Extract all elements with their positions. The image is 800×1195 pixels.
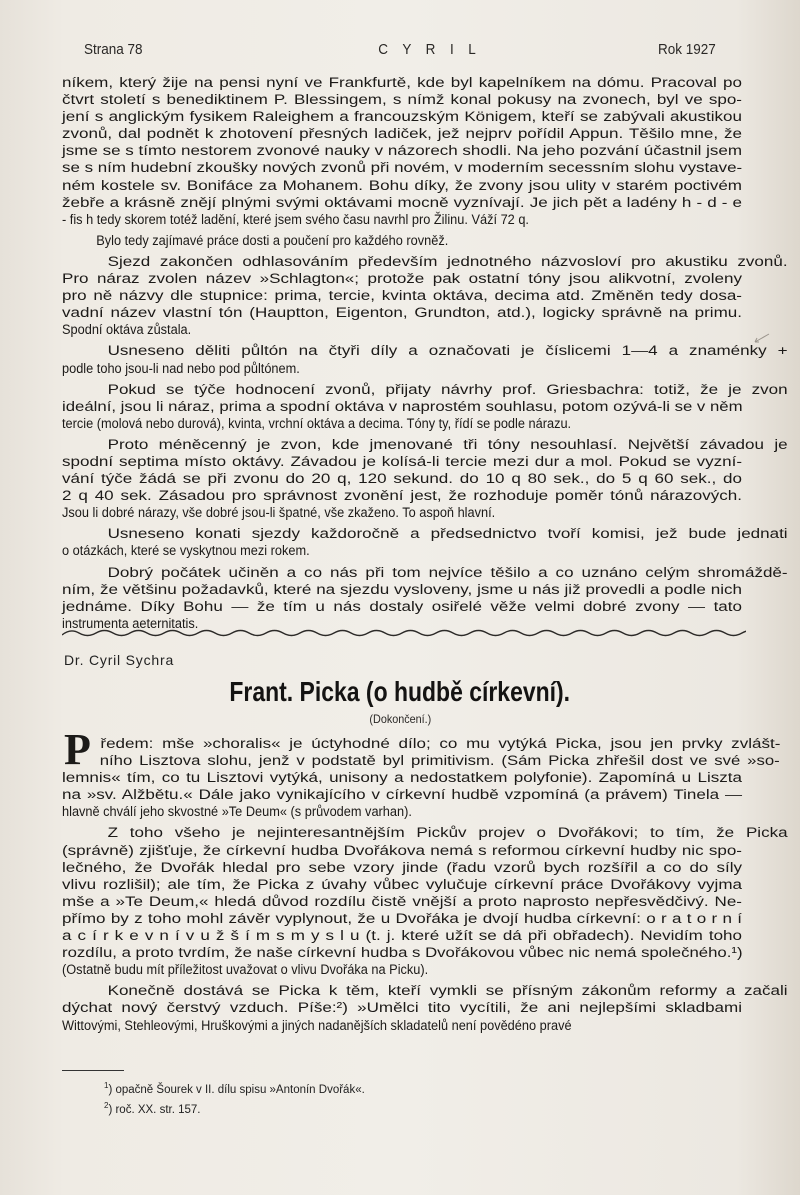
text-line: Proto méněcenný je zvon, kde jmenované t… xyxy=(62,437,788,454)
text-line: Usneseno konati sjezdy každoročně a před… xyxy=(62,526,788,543)
text-line: vlivu rozlišil); ale tím, že Picka z úva… xyxy=(62,877,742,894)
paragraph: Proto méněcenný je zvon, kde jmenované t… xyxy=(62,437,742,522)
text-line: níkem, který žije na pensi nyní ve Frank… xyxy=(62,75,742,92)
text-line: tercie (molová nebo durová), kvinta, vrc… xyxy=(62,416,742,433)
text-line: rozdílu, a proto tvrdím, že naše církevn… xyxy=(62,945,742,962)
text-line: (správně) zjišťuje, že církevní hudba Dv… xyxy=(62,843,742,860)
text-line: Pro náraz zvolen název »Schlagton«; prot… xyxy=(62,271,742,288)
text-line: lemnis« tím, co tu Lisztovi vytýká, unis… xyxy=(62,770,742,787)
text-line: Spodní oktáva zůstala. xyxy=(62,322,742,339)
paragraph: Sjezd zakončen odhlasováním především je… xyxy=(62,254,742,339)
article-body: ředem: mše »choralis« je úctyhodné dílo;… xyxy=(62,736,742,1035)
text-line: čtvrt století s benediktinem P. Blessing… xyxy=(62,92,742,109)
text-line: lečného, že Dvořák hledal pro sebe vzory… xyxy=(62,860,742,877)
paragraph: Bylo tedy zajímavé práce dosti a poučení… xyxy=(62,233,742,250)
text-line: žebře a krásně znějí plnými svými oktáva… xyxy=(62,195,742,212)
text-line: - fis h tedy skorem totéž ladění, které … xyxy=(62,212,742,229)
text-line: vání týče žádá se při zvonu do 20 q, 120… xyxy=(62,471,742,488)
text-line: mše a »Te Deum,« hledá důvod rozdílu čis… xyxy=(62,894,742,911)
text-line: Bylo tedy zajímavé práce dosti a poučení… xyxy=(62,233,776,250)
text-line: podle toho jsou-li nad nebo pod půltónem… xyxy=(62,361,742,378)
footnote-rule xyxy=(62,1070,124,1071)
page: Strana 78 C Y R I L Rok 1927 níkem, kter… xyxy=(0,0,800,1195)
text-line: Pokud se týče hodnocení zvonů, přijaty n… xyxy=(62,382,788,399)
text-line: ředem: mše »choralis« je úctyhodné dílo;… xyxy=(62,736,780,753)
paragraph: níkem, který žije na pensi nyní ve Frank… xyxy=(62,75,742,229)
text-line: Konečně dostává se Picka k těm, kteří vy… xyxy=(62,983,788,1000)
text-line: ném kostele sv. Bonifáce za Mohanem. Boh… xyxy=(62,178,742,195)
text-line: Wittovými, Stehleovými, Hruškovými a jin… xyxy=(62,1018,742,1035)
journal-title: C Y R I L xyxy=(378,41,481,58)
text-line: 2 q 40 sek. Zásadou pro správnost zvoněn… xyxy=(62,488,742,505)
running-header: Strana 78 C Y R I L Rok 1927 xyxy=(84,41,662,61)
footnote: 1) opačně Šourek v II. dílu spisu »Anton… xyxy=(104,1078,365,1098)
text-line: na »sv. Alžbětu.« Dále jako vynikajícího… xyxy=(62,787,742,804)
article-continuation: níkem, který žije na pensi nyní ve Frank… xyxy=(62,75,742,633)
paragraph: Pokud se týče hodnocení zvonů, přijaty n… xyxy=(62,382,742,433)
year-label: Rok 1927 xyxy=(658,41,716,58)
text-line: ním, že většinu požadavků, které na sjez… xyxy=(62,582,742,599)
paragraph: ředem: mše »choralis« je úctyhodné dílo;… xyxy=(62,736,742,821)
paragraph: Konečně dostává se Picka k těm, kteří vy… xyxy=(62,983,742,1034)
text-line: jení s anglickým fysikem Raleighem a fra… xyxy=(62,109,742,126)
footnotes: 1) opačně Šourek v II. dílu spisu »Anton… xyxy=(104,1078,365,1118)
pencil-arrow-icon xyxy=(752,333,770,345)
text-line: se s ním hudební zkoušky nových zvonů př… xyxy=(62,160,742,177)
text-line: (Ostatně budu mít příležitost uvažovat o… xyxy=(62,962,742,979)
footnote: 2) roč. XX. str. 157. xyxy=(104,1098,365,1118)
article-title: Frant. Picka (o hudbě církevní). xyxy=(0,676,800,708)
text-line: dýchat nový čerstvý vzduch. Píše:²) »Umě… xyxy=(62,1000,742,1017)
article-subtitle: (Dokončení.) xyxy=(0,712,800,726)
page-number: Strana 78 xyxy=(84,41,143,58)
paragraph: Usneseno děliti půltón na čtyři díly a o… xyxy=(62,343,742,377)
text-line: Z toho všeho je nejinteresantnějším Pick… xyxy=(62,825,788,842)
text-line: Jsou li dobré nárazy, vše dobré jsou-li … xyxy=(62,505,742,522)
text-line: Usneseno děliti půltón na čtyři díly a o… xyxy=(62,343,788,360)
article-author: Dr. Cyril Sychra xyxy=(64,652,174,668)
text-line: přímo by z toho mohl závěr vyplynout, že… xyxy=(62,911,742,928)
text-line: jednáme. Díky Bohu — že tím u nás dostal… xyxy=(62,599,742,616)
text-line: hlavně chválí jeho skvostné »Te Deum« (s… xyxy=(62,804,742,821)
text-line: Dobrý počátek učiněn a co nás při tom ne… xyxy=(62,565,788,582)
text-line: pro ně názvy dle stupnice: prima, tercie… xyxy=(62,288,742,305)
text-line: ního Lisztova slohu, jenž v podstatě byl… xyxy=(62,753,780,770)
paragraph: Dobrý počátek učiněn a co nás při tom ne… xyxy=(62,565,742,633)
text-line: Sjezd zakončen odhlasováním především je… xyxy=(62,254,788,271)
text-line: vadní název vlastní tón (Hauptton, Eigen… xyxy=(62,305,742,322)
text-line: a c í r k e v n í v u ž š í m s m y s l … xyxy=(62,928,742,945)
paragraph: Usneseno konati sjezdy každoročně a před… xyxy=(62,526,742,560)
text-line: o otázkách, které se vyskytnou mezi roke… xyxy=(62,543,742,560)
text-line: ideální, jsou li náraz, prima a spodní o… xyxy=(62,399,742,416)
text-line: spodní septima místo oktávy. Závadou je … xyxy=(62,454,742,471)
text-line: zvonů, dal podnět k zhotovení přesných l… xyxy=(62,126,742,143)
text-line: jsme se s tímto nestorem zvonové nauky v… xyxy=(62,143,742,160)
paragraph: Z toho všeho je nejinteresantnějším Pick… xyxy=(62,825,742,979)
wavy-divider xyxy=(62,627,746,639)
